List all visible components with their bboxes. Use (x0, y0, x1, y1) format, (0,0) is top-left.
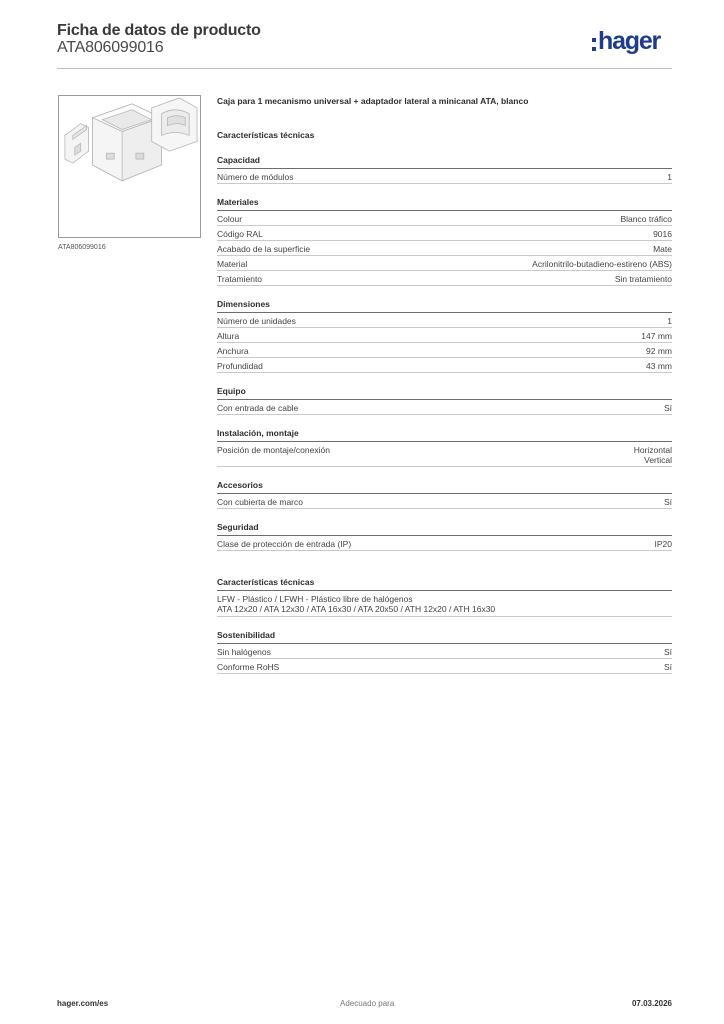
spec-value: 147 mm (641, 331, 672, 341)
spec-section-equipo: EquipoCon entrada de cableSí (217, 386, 672, 415)
footer-center-text: Adecuado para (340, 999, 394, 1008)
spec-row: Clase de protección de entrada (IP)IP20 (217, 536, 672, 551)
section-title: Capacidad (217, 155, 672, 169)
spec-row: Acabado de la superficieMate (217, 241, 672, 256)
spec-label: Clase de protección de entrada (IP) (217, 539, 351, 549)
spec-label: Número de módulos (217, 172, 294, 182)
spec-row: Número de módulos1 (217, 169, 672, 184)
spec-value: 43 mm (646, 361, 672, 371)
spec-label: Colour (217, 214, 242, 224)
section-title: Dimensiones (217, 299, 672, 313)
spec-label: Código RAL (217, 229, 263, 239)
page-footer: hager.com/es Adecuado para 07.03.2026 (57, 999, 672, 1008)
spec-label: Sin halógenos (217, 647, 271, 657)
spec-section-materiales: MaterialesColourBlanco tráficoCódigo RAL… (217, 197, 672, 286)
section-title: Características técnicas (217, 577, 672, 591)
header-divider (57, 68, 672, 69)
spec-label: Con entrada de cable (217, 403, 298, 413)
tech-feature-line: LFW - Plástico / LFWH - Plástico libre d… (217, 594, 672, 604)
spec-row: TratamientoSin tratamiento (217, 271, 672, 286)
spec-value: 9016 (653, 229, 672, 239)
spec-label: Conforme RoHS (217, 662, 279, 672)
page-title: Ficha de datos de producto (57, 22, 261, 40)
tech-features-text: LFW - Plástico / LFWH - Plástico libre d… (217, 591, 672, 617)
spec-label: Número de unidades (217, 316, 296, 326)
image-caption: ATA806099016 (58, 244, 106, 251)
spec-row: Con cubierta de marcoSí (217, 494, 672, 509)
spec-value: Sin tratamiento (615, 274, 672, 284)
spec-row: Con entrada de cableSí (217, 400, 672, 415)
spec-row: MaterialAcrilonitrilo-butadieno-estireno… (217, 256, 672, 271)
spec-section-capacidad: CapacidadNúmero de módulos1 (217, 155, 672, 184)
product-box-illustration-icon (59, 96, 200, 237)
section-title: Instalación, montaje (217, 428, 672, 442)
spec-label: Acabado de la superficie (217, 244, 310, 254)
spec-value: Horizontal Vertical (634, 445, 672, 465)
spec-value: Mate (653, 244, 672, 254)
product-details: Caja para 1 mecanismo universal + adapta… (217, 96, 672, 674)
spec-value: IP20 (655, 539, 673, 549)
spec-row: Código RAL9016 (217, 226, 672, 241)
spec-value: 1 (667, 172, 672, 182)
section-title: Seguridad (217, 522, 672, 536)
spec-row: Sin halógenos Sí (217, 644, 672, 659)
spec-label: Profundidad (217, 361, 263, 371)
tech-feature-line: ATA 12x20 / ATA 12x30 / ATA 16x30 / ATA … (217, 604, 672, 614)
section-title: Sostenibilidad (217, 630, 672, 644)
spec-label: Con cubierta de marco (217, 497, 303, 507)
spec-section-instalación-montaje: Instalación, montajePosición de montaje/… (217, 428, 672, 467)
spec-value: Sí (664, 403, 672, 413)
spec-section-accesorios: AccesoriosCon cubierta de marcoSí (217, 480, 672, 509)
footer-website[interactable]: hager.com/es (57, 999, 108, 1008)
spec-value: 1 (667, 316, 672, 326)
spec-section-dimensiones: DimensionesNúmero de unidades1Altura147 … (217, 299, 672, 373)
spec-row: Profundidad43 mm (217, 358, 672, 373)
product-code: ATA806099016 (57, 39, 163, 57)
spec-label: Material (217, 259, 247, 269)
spec-section-seguridad: SeguridadClase de protección de entrada … (217, 522, 672, 551)
footer-date: 07.03.2026 (632, 999, 672, 1008)
product-image (58, 95, 201, 238)
spec-value: Sí (664, 662, 672, 672)
spec-label: Anchura (217, 346, 249, 356)
spec-label: Tratamiento (217, 274, 262, 284)
spec-label: Posición de montaje/conexión (217, 445, 330, 455)
logo-colon-icon (592, 38, 596, 51)
sustainability-section: Sostenibilidad Sin halógenos Sí Conforme… (217, 630, 672, 674)
spec-value: Sí (664, 647, 672, 657)
spec-sections: CapacidadNúmero de módulos1MaterialesCol… (217, 155, 672, 551)
spec-value: Blanco tráfico (621, 214, 673, 224)
spec-row: Anchura92 mm (217, 343, 672, 358)
spec-value: Acrilonitrilo-butadieno-estireno (ABS) (532, 259, 672, 269)
section-title: Equipo (217, 386, 672, 400)
spec-row: Altura147 mm (217, 328, 672, 343)
spec-row: ColourBlanco tráfico (217, 211, 672, 226)
section-title: Materiales (217, 197, 672, 211)
hager-logo: hager (592, 26, 660, 56)
spec-label: Altura (217, 331, 239, 341)
logo-text: hager (598, 26, 660, 56)
spec-value: 92 mm (646, 346, 672, 356)
product-description: Caja para 1 mecanismo universal + adapta… (217, 96, 672, 110)
technical-characteristics-heading: Características técnicas (217, 130, 672, 142)
section-title: Accesorios (217, 480, 672, 494)
spec-row: Conforme RoHS Sí (217, 659, 672, 674)
tech-features-section: Características técnicas LFW - Plástico … (217, 577, 672, 617)
spec-value: Sí (664, 497, 672, 507)
spec-row: Número de unidades1 (217, 313, 672, 328)
spec-row: Posición de montaje/conexiónHorizontal V… (217, 442, 672, 467)
